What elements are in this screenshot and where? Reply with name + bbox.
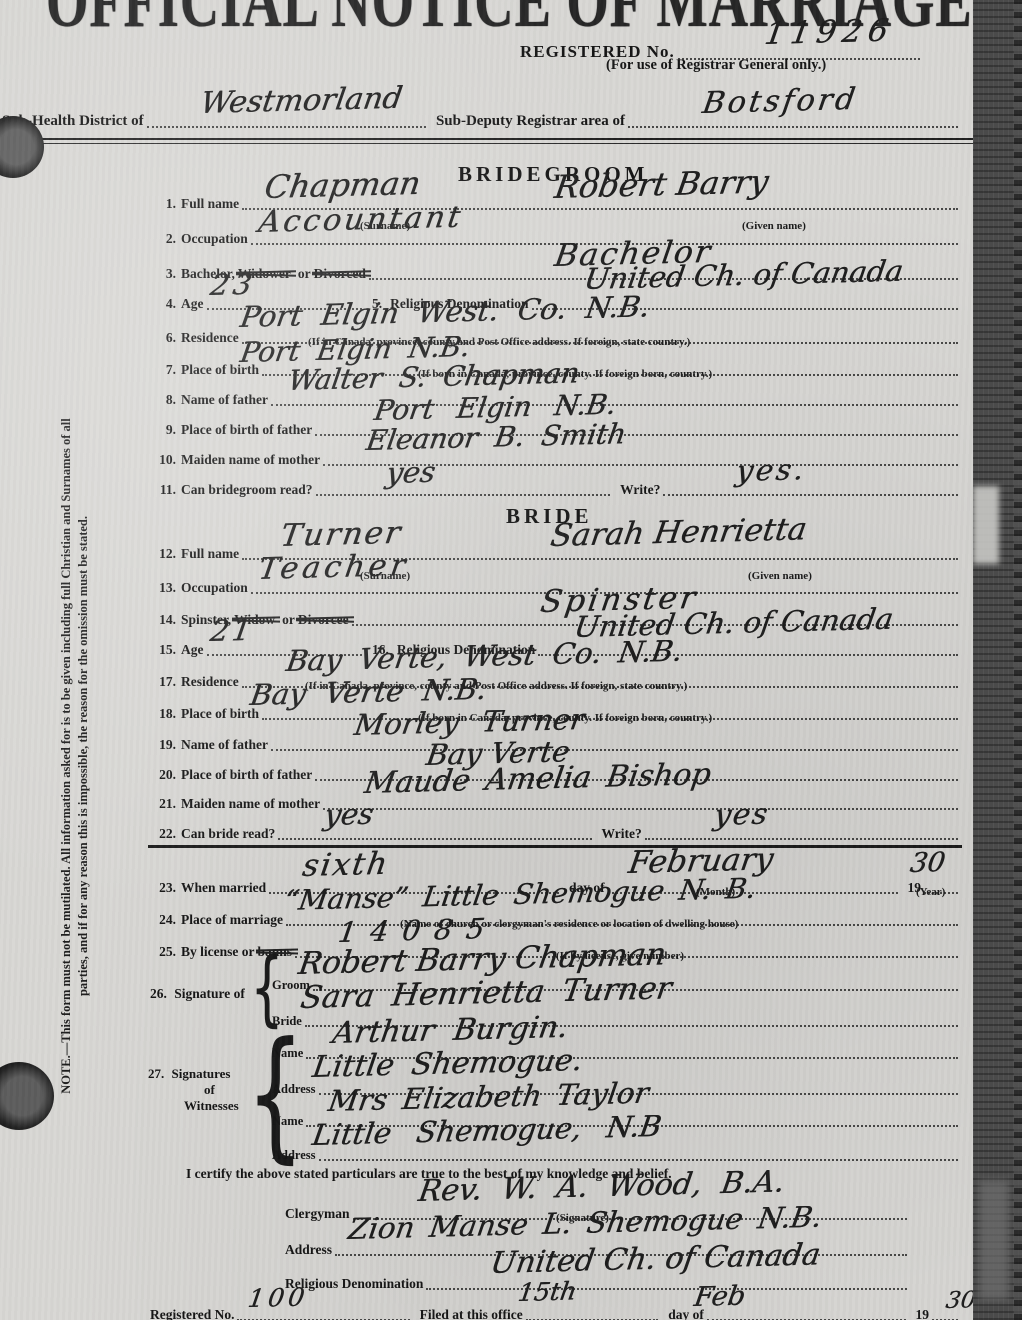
area-label: Sub-Deputy Registrar area of	[436, 113, 628, 130]
field-20-label: Place of birth of father	[181, 767, 315, 783]
hw-marriage-year: 30	[908, 847, 947, 879]
field-2-label: Occupation	[181, 231, 251, 247]
year-hint: (Year)	[916, 886, 945, 898]
double-rule	[30, 138, 974, 144]
dotted-line	[278, 838, 591, 840]
field-row-10: 10. Maiden name of mother	[150, 452, 958, 468]
field-20-number: 20.	[150, 767, 176, 783]
field-1-label: Full name	[181, 196, 242, 212]
field-22-number: 22.	[150, 826, 176, 842]
field-6-number: 6.	[150, 330, 176, 346]
hw-filing-month: Feb	[692, 1281, 747, 1313]
hw-groom-read: yes	[384, 455, 438, 490]
filing-year-prefix: 19	[916, 1307, 933, 1320]
field-9-number: 9.	[150, 422, 176, 438]
field-12-number: 12.	[150, 546, 176, 562]
hw-groom-age: 23	[208, 267, 258, 302]
field-25-number: 25.	[150, 944, 176, 960]
witness-name-label: Name	[272, 1114, 306, 1129]
hw-marriage-day: sixth	[300, 846, 392, 884]
scan-band-light-patch	[973, 486, 999, 564]
field-3-number: 3.	[150, 266, 176, 282]
field-27-number-line: 27. Signatures	[148, 1066, 231, 1082]
hw-bride-age: 21	[208, 613, 256, 648]
hw-district: Westmorland	[198, 81, 405, 121]
field-23-label: When married	[181, 880, 269, 896]
field-10-number: 10.	[150, 452, 176, 468]
field-26-label: Signature of	[170, 986, 245, 1001]
field-27-label-3: Witnesses	[184, 1098, 239, 1114]
clergyman-label: Clergyman	[285, 1206, 353, 1222]
field-1-number: 1.	[150, 196, 176, 212]
scan-band-light-patch-2	[979, 1180, 1009, 1300]
field-24-label: Place of marriage	[181, 912, 286, 928]
field-row-22: 22. Can bride read? Write?	[150, 826, 958, 842]
heavy-rule	[148, 845, 962, 848]
field-3-struck-divorced: Divorced	[314, 266, 369, 282]
field-12-label: Full name	[181, 546, 242, 562]
hw-bride-write: yes	[712, 797, 772, 832]
filing-registered-label: Registered No.	[150, 1307, 237, 1320]
side-note-line-2: parties, and if for any reason this is i…	[75, 360, 92, 1152]
hw-bride-given: Sarah Henrietta	[548, 511, 809, 554]
dotted-line	[319, 1159, 958, 1161]
field-14-struck-divorcee: Divorcee	[298, 612, 352, 628]
field-27-label-2: of	[204, 1082, 215, 1098]
registrar-note: (For use of Registrar General only.)	[606, 57, 826, 74]
filing-filed-label: Filed at this office	[420, 1307, 526, 1320]
field-3-or: or	[294, 266, 314, 282]
field-4-label: Age	[181, 296, 207, 312]
field-27-label-1: Signatures	[168, 1066, 231, 1081]
field-26-number: 26.	[150, 986, 167, 1001]
hw-clergyman-religion: United Ch. of Canada	[488, 1237, 823, 1281]
field-row-21: 21. Maiden name of mother	[150, 796, 958, 812]
field-8-number: 8.	[150, 392, 176, 408]
hw-groom-write: yes.	[734, 452, 809, 488]
witness-name-label: Name	[272, 1046, 306, 1061]
hw-groom-surname: Chapman	[262, 164, 423, 206]
scan-band-edge	[1014, 0, 1022, 1320]
hw-bride-mother: Maude Amelia Bishop	[362, 757, 713, 801]
field-23-number: 23.	[150, 880, 176, 896]
field-13-label: Occupation	[181, 580, 251, 596]
dotted-line	[663, 494, 958, 496]
field-14-number: 14.	[150, 612, 176, 628]
field-18-number: 18.	[150, 706, 176, 722]
field-21-label: Maiden name of mother	[181, 796, 323, 812]
hw-bride-occupation: Teacher	[256, 548, 411, 587]
field-14-or: or	[278, 612, 298, 628]
field-27-number: 27.	[148, 1066, 164, 1081]
dotted-line	[426, 1288, 907, 1290]
hw-filing-date: 15th	[516, 1276, 579, 1307]
field-8-label: Name of father	[181, 392, 271, 408]
field-26-label-block: 26. Signature of	[150, 986, 245, 1002]
hw-area: Botsford	[700, 82, 860, 121]
field-10-label: Maiden name of mother	[181, 452, 323, 468]
dotted-line	[323, 808, 958, 810]
field-4-number: 4.	[150, 296, 176, 312]
field-2-number: 2.	[150, 231, 176, 247]
hw-bride-read: yes	[322, 797, 376, 832]
dotted-line	[645, 838, 958, 840]
scanned-marriage-notice-document: OFFICIAL NOTICE OF MARRIAGE REGISTERED N…	[0, 0, 1022, 1320]
field-22-write-label: Write?	[602, 826, 645, 842]
hw-groom-given: Robert Barry	[552, 162, 771, 206]
field-19-label: Name of father	[181, 737, 271, 753]
dotted-line	[271, 749, 958, 751]
field-25-label: By license or	[181, 944, 258, 960]
side-note-line-1: NOTE.—This form must not be mutilated. A…	[58, 360, 75, 1152]
scan-edge-band	[973, 0, 1022, 1320]
field-6-label: Residence	[181, 330, 242, 346]
field-21-number: 21.	[150, 796, 176, 812]
field-17-label: Residence	[181, 674, 242, 690]
dotted-line	[147, 126, 426, 128]
field-15-number: 15.	[150, 642, 176, 658]
dotted-line	[628, 126, 958, 128]
hw-filing-registered-no: 100	[246, 1282, 310, 1313]
clergyman-religion-row: Religious Denomination	[285, 1276, 907, 1292]
hw-groom-mother: Eleanor B. Smith	[364, 417, 628, 457]
field-24-number: 24.	[150, 912, 176, 928]
field-22-label: Can bride read?	[181, 826, 278, 842]
field-13-number: 13.	[150, 580, 176, 596]
dotted-line	[316, 494, 611, 496]
field-row-11: 11. Can bridegroom read? Write?	[150, 482, 958, 498]
field-15-label: Age	[181, 642, 207, 658]
side-note: NOTE.—This form must not be mutilated. A…	[58, 360, 92, 1152]
field-11-label: Can bridegroom read?	[181, 482, 316, 498]
hw-registered-no: 11926	[762, 13, 897, 52]
hw-groom-occupation: Accountant	[256, 200, 465, 240]
field-11-write-label: Write?	[620, 482, 663, 498]
clergyman-address-label: Address	[285, 1242, 335, 1258]
field-17-number: 17.	[150, 674, 176, 690]
field-7-number: 7.	[150, 362, 176, 378]
field-19-number: 19.	[150, 737, 176, 753]
field-9-label: Place of birth of father	[181, 422, 315, 438]
field-11-number: 11.	[150, 482, 176, 498]
hole-punch-bottom	[0, 1062, 54, 1130]
